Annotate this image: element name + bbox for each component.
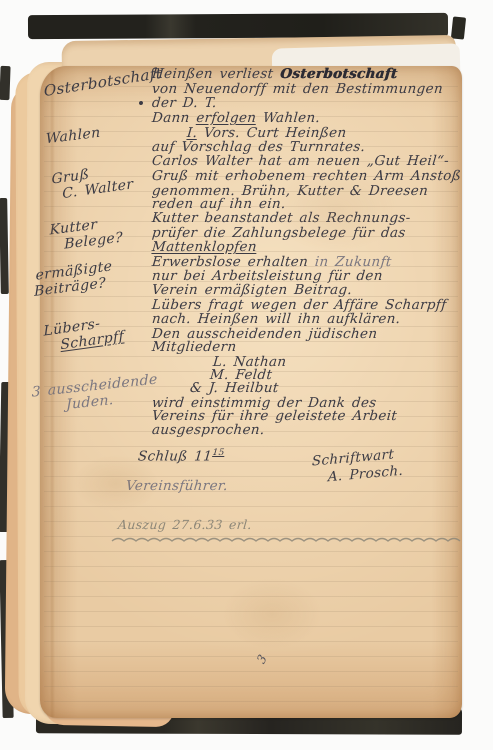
- handwriting-fragment: ausgesprochen.: [151, 422, 265, 438]
- margin-note: 3 ausscheidendeJuden.: [31, 372, 158, 417]
- handwriting-fragment: & J. Heilbut: [189, 380, 279, 396]
- handwriting-line: Dann erfolgen Wahlen.: [151, 111, 320, 125]
- margin-note: Wahlen: [46, 125, 101, 148]
- notebook-page: OsterbotschaftWahlenGrußC. WalterKutterB…: [40, 66, 462, 718]
- margin-note: GrußC. Walter: [51, 161, 134, 204]
- handwriting-fragment: Mitgliedern: [151, 339, 237, 355]
- handwriting-line: Carlos Walter hat am neuen „Gut Heil“-: [151, 154, 449, 168]
- handwriting-line: von Neuendorff mit den Bestimmungen: [151, 82, 443, 96]
- cover-edge: [0, 198, 9, 294]
- handwriting-line: Lübers fragt wegen der Affäre Scharpff: [151, 298, 447, 312]
- handwriting-line: auf Vorschlag des Turnrates.: [151, 140, 365, 154]
- handwriting-line: Mitgliedern: [151, 340, 237, 354]
- handwriting-line: Erwerbslose erhalten in Zukunft: [151, 255, 392, 269]
- closing-time: Schluß 1115: [137, 448, 225, 465]
- handwriting-line: Mattenklopfen: [151, 240, 257, 254]
- handwriting-line: nur bei Arbeitsleistung für den: [151, 269, 383, 283]
- handwriting-line: ausgesprochen.: [151, 423, 265, 437]
- handwriting-line: Kutter beanstandet als Rechnungs-: [151, 211, 411, 225]
- handwriting-line: prüfer die Zahlungsbelege für das: [151, 226, 406, 240]
- handwriting-fragment: Osterbotschaft: [279, 66, 398, 82]
- handwriting-fragment: Wahlen.: [256, 110, 321, 126]
- handwriting-fragment: Heinßen verliest: [151, 66, 280, 82]
- scanned-minutes-photo: OsterbotschaftWahlenGrußC. WalterKutterB…: [0, 0, 493, 750]
- margin-note: ermäßigteBeiträge?: [35, 258, 113, 299]
- pencil-archive-note: Auszug 27.6.33 erl.: [117, 517, 252, 532]
- margin-note: Osterbotschaft: [43, 65, 162, 99]
- handwriting-fragment: Mattenklopfen: [151, 239, 257, 255]
- margin-note: Lübers-Scharpff: [43, 313, 125, 356]
- handwriting-line: reden auf ihn ein.: [151, 197, 286, 211]
- handwriting-fragment: Dann: [151, 110, 197, 126]
- wavy-underline: [110, 532, 462, 551]
- handwriting-fragment: Gruß mit erhobenem rechten Arm Anstoß: [151, 168, 461, 184]
- handwriting-fragment: Schluß 11: [137, 449, 213, 465]
- handwriting-fragment: nach. Heinßen will ihn aufklären.: [151, 311, 401, 327]
- handwriting-line: Vereins für ihre geleistete Arbeit: [151, 409, 397, 423]
- margin-note-line: Wahlen: [46, 125, 101, 148]
- margin-note-line: Osterbotschaft: [43, 65, 162, 99]
- handwriting-line: nach. Heinßen will ihn aufklären.: [151, 312, 401, 326]
- handwriting-fragment: 15: [212, 448, 225, 458]
- handwriting-line: I. Vors. Curt Heinßen: [186, 126, 347, 140]
- binding-clasp: [451, 16, 466, 39]
- handwriting-line: Verein ermäßigten Beitrag.: [151, 283, 352, 297]
- margin-note: KutterBelege?: [49, 214, 123, 255]
- handwriting-line: Heinßen verliest Osterbotschaft: [151, 67, 398, 81]
- handwriting-line: der D. T.: [151, 96, 217, 110]
- page-mark: 3: [254, 652, 270, 666]
- handwriting-fragment: Verein ermäßigten Beitrag.: [151, 282, 353, 298]
- handwriting-line: & J. Heilbut: [189, 381, 279, 395]
- cover-edge: [0, 66, 11, 100]
- ink-dot: [139, 101, 143, 105]
- handwriting-line: Gruß mit erhobenem rechten Arm Anstoß: [151, 169, 461, 183]
- handwriting-fragment: erfolgen: [196, 110, 257, 126]
- handwriting-fragment: der D. T.: [151, 95, 217, 111]
- handwriting-fragment: Carlos Walter hat am neuen „Gut Heil“-: [151, 153, 449, 169]
- vereinsfuehrer-signature-space: Vereinsführer.: [125, 478, 228, 494]
- handwriting-fragment: Kutter beanstandet als Rechnungs-: [151, 210, 411, 226]
